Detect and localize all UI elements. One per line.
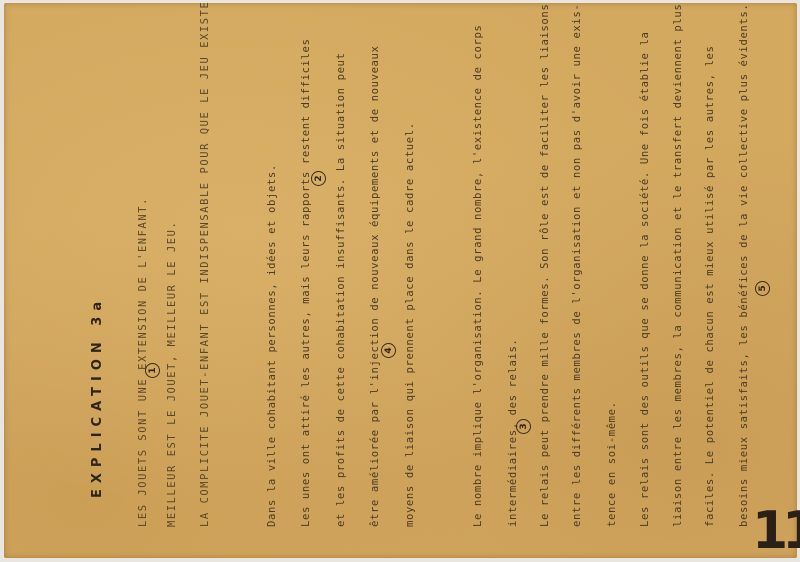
intro-line-1: LES JOUETS SONT UNE EXTENSION DE L'ENFAN…: [138, 197, 148, 527]
paragraph-3-line-2: liaison entre les membres, la communicat…: [673, 4, 684, 527]
paragraph-2-line-5: tence en soi-même.: [607, 401, 618, 527]
document-title: EXPLICATION 3a: [90, 296, 105, 498]
paragraph-1-line-1: Dans la ville cohabitant personnes, idée…: [267, 164, 278, 527]
paragraph-1-line-3: et les profits de cette cohabitation ins…: [336, 52, 347, 527]
paragraph-1-line-2: Les unes ont attiré les autres, mais leu…: [301, 39, 312, 527]
paragraph-1-line-4: être améliorée par l'injection de nouvea…: [370, 46, 381, 527]
paragraph-2-line-4: entre les différents membres de l'organi…: [572, 4, 583, 527]
annotation-circle-4: 4: [381, 343, 396, 358]
paragraph-2-line-3: Le relais peut prendre mille formes. Son…: [540, 4, 551, 527]
page-number: 11: [752, 505, 800, 557]
paragraph-3-line-4: besoins mieux satisfaits, les bénéfices …: [739, 4, 750, 527]
paragraph-2-line-1: Le nombre implique l'organisation. Le gr…: [473, 25, 484, 527]
intro-line-2: MEILLEUR EST LE JOUET, MEILLEUR LE JEU.: [167, 221, 177, 527]
annotation-circle-5: 5: [755, 281, 770, 296]
paragraph-2-line-2: intermédiaires, des relais.: [508, 339, 519, 527]
annotation-circle-1: 1: [145, 363, 160, 378]
annotation-circle-2: 2: [311, 171, 326, 186]
intro-line-3: LA COMPLICITE JOUET-ENFANT EST INDISPENS…: [200, 0, 210, 527]
paragraph-3-line-1: Les relais sont des outils que se donne …: [640, 32, 651, 527]
annotation-circle-3: 3: [516, 419, 531, 434]
paragraph-1-line-5: moyens de liaison qui prennent place dan…: [405, 122, 416, 527]
paragraph-3-line-3: faciles. Le potentiel de chacun est mieu…: [705, 46, 716, 527]
